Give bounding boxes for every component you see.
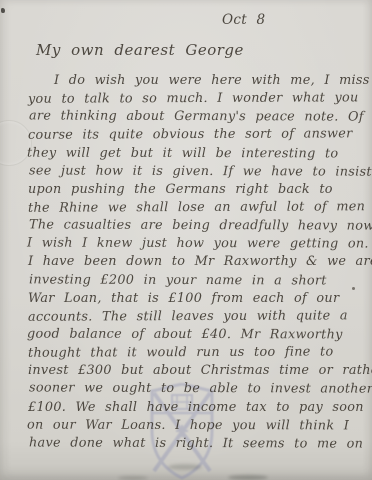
letter-line: upon pushing the Germans right back to [28,181,366,199]
letter-line: see just how it is given. If we have to … [29,162,367,181]
letter-line: on our War Loans. I hope you will think … [27,416,365,435]
paper-speck [1,8,5,13]
letter-line: sooner we ought to be able to invest ano… [29,380,367,399]
letter-line: invest £300 but about Christmas time or … [28,362,366,380]
letter-line: accounts. The still leaves you with quit… [28,307,366,327]
paper-smudge [228,475,268,480]
letter-date: Oct 8 [222,12,265,28]
letter-line: investing £200 in your name in a short [29,271,367,290]
letter-line: course its quite obvious the sort of ans… [28,126,366,146]
paper-smudge [118,476,148,480]
letter-line: the Rhine we shall lose an awful lot of … [28,198,366,218]
letter-line: good balance of about £40. Mr Raxworthy [27,326,365,345]
letter-line: are thinking about Germany's peace note.… [29,108,367,127]
letter-line: War Loan, that is £100 from each of our [28,290,366,308]
ink-dot [352,287,355,290]
letter-line: I wish I knew just how you were getting … [27,235,365,254]
letter-line: have done what is right. It seems to me … [29,434,367,453]
letter-body: I do wish you were here with me, I miss … [28,72,366,453]
letter-line: £100. We shall have income tax to pay so… [28,399,366,417]
letter-line: I do wish you were here with me, I miss [28,72,366,90]
letter-line: they will get but it will be interesting… [27,144,365,163]
letter-line: thought that it would run us too fine to [28,343,366,363]
letter-line: I have been down to Mr Raxworthy & we ar… [28,253,366,271]
paper-smudge [168,464,202,470]
letter-page: Oct 8 My own dearest George I do wish yo… [0,0,372,480]
letter-salutation: My own dearest George [36,41,244,59]
letter-line: The casualties are being dreadfully heav… [29,217,367,236]
letter-line: you to talk to so much. I wonder what yo… [28,89,366,109]
